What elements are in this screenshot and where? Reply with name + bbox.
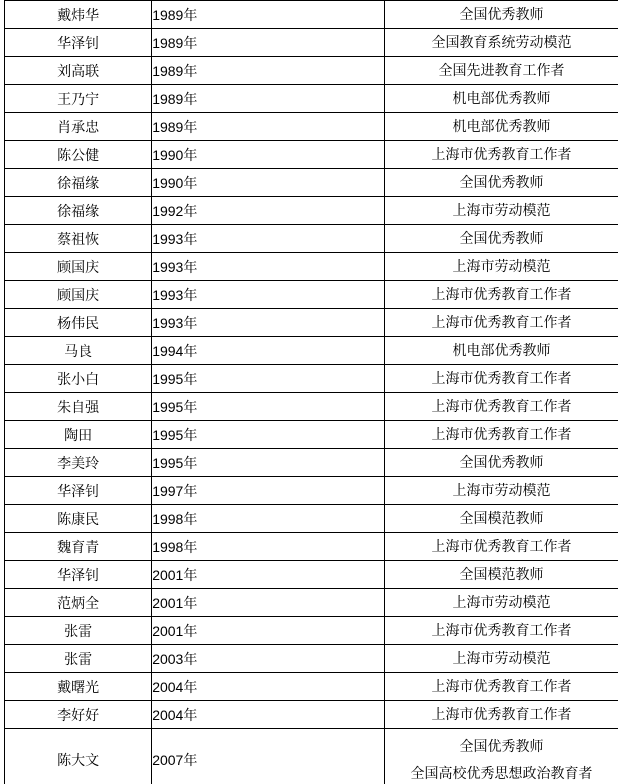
- year-cell: 1989年: [152, 113, 385, 141]
- award-cell: 全国教育系统劳动模范: [385, 29, 618, 57]
- year-cell: 2004年: [152, 673, 385, 701]
- award-line: 机电部优秀教师: [385, 337, 618, 364]
- table-row: 陈康民1998年全国模范教师: [5, 505, 619, 533]
- award-line: 机电部优秀教师: [385, 85, 618, 112]
- award-cell: 上海市优秀教育工作者: [385, 673, 618, 701]
- awards-table-body: 戴炜华1989年全国优秀教师华泽钊1989年全国教育系统劳动模范刘高联1989年…: [5, 1, 619, 784]
- table-row: 陈大文2007年全国优秀教师全国高校优秀思想政治教育者: [5, 729, 619, 784]
- name-cell: 戴曙光: [5, 673, 152, 701]
- award-line: 上海市优秀教育工作者: [385, 533, 618, 560]
- award-cell: 机电部优秀教师: [385, 85, 618, 113]
- name-cell: 范炳全: [5, 589, 152, 617]
- table-row: 蔡祖恢1993年全国优秀教师: [5, 225, 619, 253]
- award-cell: 上海市优秀教育工作者: [385, 365, 618, 393]
- name-cell: 陈康民: [5, 505, 152, 533]
- award-cell: 全国模范教师: [385, 505, 618, 533]
- award-cell: 上海市劳动模范: [385, 253, 618, 281]
- award-line: 全国模范教师: [385, 561, 618, 588]
- name-cell: 张雷: [5, 617, 152, 645]
- awards-table: 戴炜华1989年全国优秀教师华泽钊1989年全国教育系统劳动模范刘高联1989年…: [4, 0, 618, 784]
- name-cell: 张小白: [5, 365, 152, 393]
- table-row: 顾国庆1993年上海市优秀教育工作者: [5, 281, 619, 309]
- table-row: 顾国庆1993年上海市劳动模范: [5, 253, 619, 281]
- table-row: 华泽钊1989年全国教育系统劳动模范: [5, 29, 619, 57]
- name-cell: 蔡祖恢: [5, 225, 152, 253]
- award-line: 上海市劳动模范: [385, 253, 618, 280]
- year-cell: 1993年: [152, 253, 385, 281]
- year-cell: 2007年: [152, 729, 385, 784]
- award-cell: 上海市优秀教育工作者: [385, 309, 618, 337]
- award-cell: 上海市优秀教育工作者: [385, 701, 618, 729]
- award-cell: 全国模范教师: [385, 561, 618, 589]
- award-cell: 全国优秀教师: [385, 225, 618, 253]
- year-cell: 2001年: [152, 561, 385, 589]
- award-line: 上海市优秀教育工作者: [385, 365, 618, 392]
- award-cell: 全国优秀教师: [385, 449, 618, 477]
- name-cell: 张雷: [5, 645, 152, 673]
- name-cell: 魏育青: [5, 533, 152, 561]
- year-cell: 1998年: [152, 505, 385, 533]
- award-line: 上海市优秀教育工作者: [385, 309, 618, 336]
- award-cell: 上海市劳动模范: [385, 197, 618, 225]
- award-cell: 上海市优秀教育工作者: [385, 533, 618, 561]
- year-cell: 2001年: [152, 589, 385, 617]
- award-line: 上海市优秀教育工作者: [385, 393, 618, 420]
- year-cell: 1995年: [152, 365, 385, 393]
- award-cell: 上海市优秀教育工作者: [385, 421, 618, 449]
- year-cell: 1995年: [152, 393, 385, 421]
- award-line: 上海市优秀教育工作者: [385, 421, 618, 448]
- name-cell: 肖承忠: [5, 113, 152, 141]
- table-row: 张雷2003年上海市劳动模范: [5, 645, 619, 673]
- name-cell: 李美玲: [5, 449, 152, 477]
- award-cell: 全国优秀教师: [385, 169, 618, 197]
- table-row: 刘高联1989年全国先进教育工作者: [5, 57, 619, 85]
- award-line: 上海市劳动模范: [385, 589, 618, 616]
- name-cell: 陈公健: [5, 141, 152, 169]
- table-row: 华泽钊2001年全国模范教师: [5, 561, 619, 589]
- name-cell: 徐福缘: [5, 169, 152, 197]
- name-cell: 陶田: [5, 421, 152, 449]
- table-row: 魏育青1998年上海市优秀教育工作者: [5, 533, 619, 561]
- award-cell: 上海市劳动模范: [385, 645, 618, 673]
- name-cell: 王乃宁: [5, 85, 152, 113]
- award-line: 上海市劳动模范: [385, 197, 618, 224]
- award-cell: 上海市优秀教育工作者: [385, 281, 618, 309]
- year-cell: 1990年: [152, 141, 385, 169]
- award-line: 上海市优秀教育工作者: [385, 701, 618, 728]
- table-row: 徐福缘1990年全国优秀教师: [5, 169, 619, 197]
- name-cell: 李好好: [5, 701, 152, 729]
- year-cell: 1989年: [152, 57, 385, 85]
- name-cell: 徐福缘: [5, 197, 152, 225]
- year-cell: 1993年: [152, 281, 385, 309]
- table-row: 陶田1995年上海市优秀教育工作者: [5, 421, 619, 449]
- award-line: 上海市劳动模范: [385, 477, 618, 504]
- name-cell: 华泽钊: [5, 29, 152, 57]
- year-cell: 1989年: [152, 85, 385, 113]
- award-cell: 上海市优秀教育工作者: [385, 141, 618, 169]
- name-cell: 刘高联: [5, 57, 152, 85]
- award-line: 全国优秀教师: [385, 449, 618, 476]
- name-cell: 杨伟民: [5, 309, 152, 337]
- table-row: 杨伟民1993年上海市优秀教育工作者: [5, 309, 619, 337]
- year-cell: 1993年: [152, 309, 385, 337]
- table-row: 戴曙光2004年上海市优秀教育工作者: [5, 673, 619, 701]
- award-cell: 上海市劳动模范: [385, 477, 618, 505]
- award-line: 全国模范教师: [385, 505, 618, 532]
- table-row: 徐福缘1992年上海市劳动模范: [5, 197, 619, 225]
- table-row: 王乃宁1989年机电部优秀教师: [5, 85, 619, 113]
- table-row: 范炳全2001年上海市劳动模范: [5, 589, 619, 617]
- award-line: 全国优秀教师: [385, 1, 618, 28]
- year-cell: 1993年: [152, 225, 385, 253]
- name-cell: 戴炜华: [5, 1, 152, 29]
- table-row: 朱自强1995年上海市优秀教育工作者: [5, 393, 619, 421]
- table-row: 李好好2004年上海市优秀教育工作者: [5, 701, 619, 729]
- table-row: 张小白1995年上海市优秀教育工作者: [5, 365, 619, 393]
- year-cell: 1995年: [152, 421, 385, 449]
- award-line: 全国优秀教师: [385, 225, 618, 252]
- year-cell: 2004年: [152, 701, 385, 729]
- award-line: 机电部优秀教师: [385, 113, 618, 140]
- name-cell: 马良: [5, 337, 152, 365]
- name-cell: 顾国庆: [5, 253, 152, 281]
- year-cell: 1998年: [152, 533, 385, 561]
- name-cell: 华泽钊: [5, 477, 152, 505]
- award-line: 上海市优秀教育工作者: [385, 673, 618, 700]
- award-line: 全国高校优秀思想政治教育者: [385, 760, 618, 784]
- award-line: 上海市优秀教育工作者: [385, 141, 618, 168]
- year-cell: 1994年: [152, 337, 385, 365]
- year-cell: 1989年: [152, 1, 385, 29]
- year-cell: 1995年: [152, 449, 385, 477]
- table-row: 马良1994年机电部优秀教师: [5, 337, 619, 365]
- award-line: 上海市优秀教育工作者: [385, 617, 618, 644]
- award-cell: 机电部优秀教师: [385, 113, 618, 141]
- award-line: 上海市劳动模范: [385, 645, 618, 672]
- table-row: 张雷2001年上海市优秀教育工作者: [5, 617, 619, 645]
- award-line: 全国优秀教师: [385, 169, 618, 196]
- award-cell: 机电部优秀教师: [385, 337, 618, 365]
- award-cell: 全国先进教育工作者: [385, 57, 618, 85]
- name-cell: 陈大文: [5, 729, 152, 784]
- table-row: 李美玲1995年全国优秀教师: [5, 449, 619, 477]
- award-cell: 全国优秀教师全国高校优秀思想政治教育者: [385, 729, 618, 784]
- year-cell: 1992年: [152, 197, 385, 225]
- year-cell: 1989年: [152, 29, 385, 57]
- award-cell: 上海市优秀教育工作者: [385, 393, 618, 421]
- table-row: 戴炜华1989年全国优秀教师: [5, 1, 619, 29]
- award-line: 全国优秀教师: [385, 733, 618, 760]
- year-cell: 1997年: [152, 477, 385, 505]
- name-cell: 顾国庆: [5, 281, 152, 309]
- award-cell: 上海市劳动模范: [385, 589, 618, 617]
- award-line: 上海市优秀教育工作者: [385, 281, 618, 308]
- table-row: 肖承忠1989年机电部优秀教师: [5, 113, 619, 141]
- name-cell: 华泽钊: [5, 561, 152, 589]
- year-cell: 1990年: [152, 169, 385, 197]
- awards-table-container: 戴炜华1989年全国优秀教师华泽钊1989年全国教育系统劳动模范刘高联1989年…: [0, 0, 630, 784]
- table-row: 华泽钊1997年上海市劳动模范: [5, 477, 619, 505]
- award-line: 全国教育系统劳动模范: [385, 29, 618, 56]
- table-row: 陈公健1990年上海市优秀教育工作者: [5, 141, 619, 169]
- name-cell: 朱自强: [5, 393, 152, 421]
- year-cell: 2001年: [152, 617, 385, 645]
- award-cell: 全国优秀教师: [385, 1, 618, 29]
- award-line: 全国先进教育工作者: [385, 57, 618, 84]
- award-cell: 上海市优秀教育工作者: [385, 617, 618, 645]
- year-cell: 2003年: [152, 645, 385, 673]
